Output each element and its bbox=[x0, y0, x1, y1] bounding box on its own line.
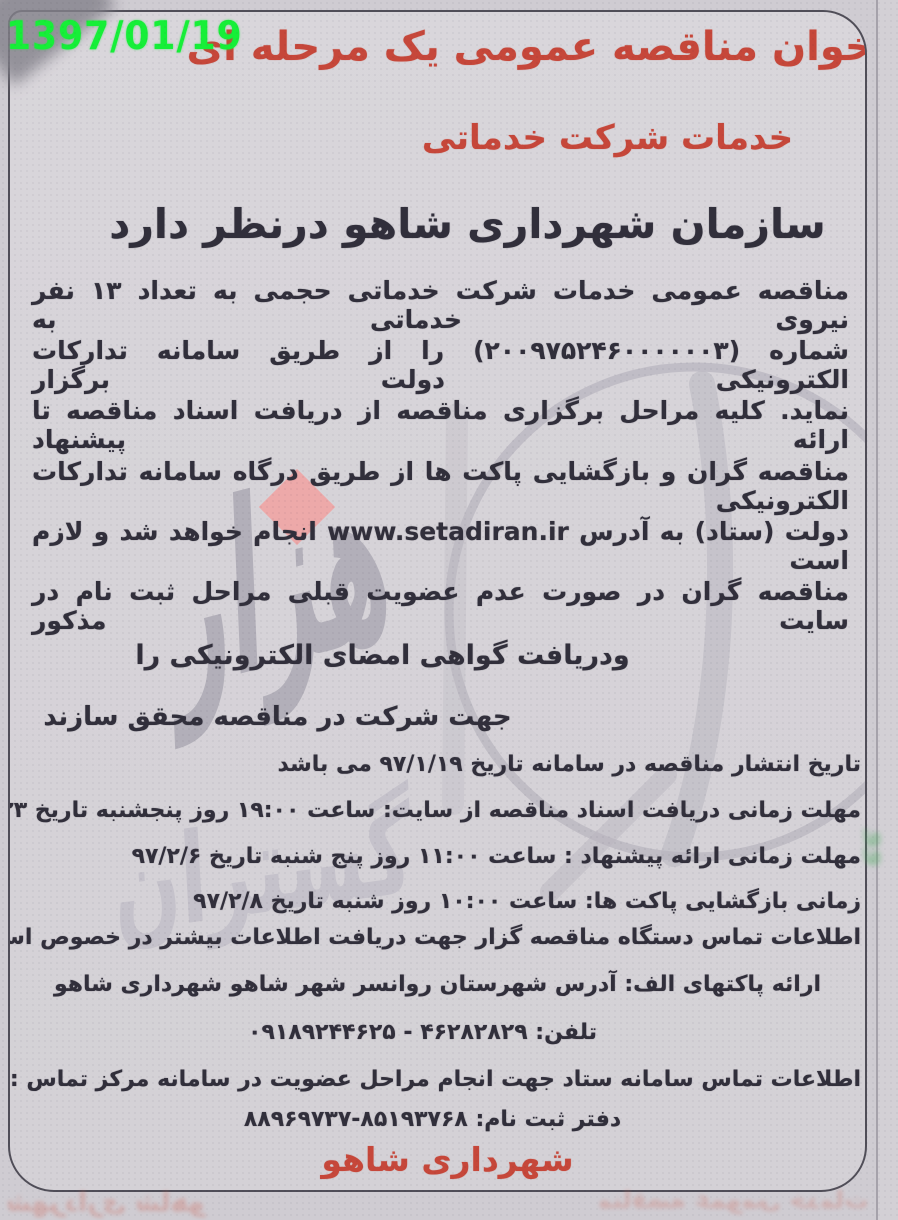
page-margin-strip bbox=[877, 0, 898, 1220]
body-line: مناقصه عمومی خدمات شرکت خدماتی حجمی به ت… bbox=[32, 277, 849, 335]
ink-bleed-right: مناقصه عمومی خدمات bbox=[598, 1186, 868, 1214]
ink-bleed-left: شهرداری شاهو bbox=[6, 1188, 205, 1218]
body-line: مناقصه گران و بازگشایی پاکت ها از طریق د… bbox=[32, 458, 849, 516]
detail-line-publish-date: تاریخ انتشار مناقصه در سامانه تاریخ ۹۷/۱… bbox=[277, 752, 861, 777]
notice-title-line2: خدمات شرکت خدماتی bbox=[422, 118, 793, 158]
body-line: مناقصه گران در صورت عدم عضویت قبلی مراحل… bbox=[32, 578, 849, 636]
notice-title-line3: سازمان شهرداری شاهو درنظر دارد bbox=[109, 200, 825, 248]
detail-line-setad-contact: اطلاعات تماس سامانه ستاد جهت انجام مراحل… bbox=[8, 1067, 861, 1092]
body-line: دولت (ستاد) به آدرس www.setadiran.ir انج… bbox=[32, 518, 849, 576]
detail-line-phone: تلفن: ۴۶۲۸۲۸۲۹ - ۰۹۱۸۹۲۴۴۶۲۵ bbox=[248, 1020, 597, 1045]
detail-line-opening-time: زمانی بازگشایی پاکت ها: ساعت ۱۰:۰۰ روز ش… bbox=[193, 889, 861, 914]
newspaper-scan: هزار گستران فراخوان مناقصه عمومی یک مرحل… bbox=[0, 0, 898, 1220]
tender-notice-box: هزار گستران فراخوان مناقصه عمومی یک مرحل… bbox=[8, 10, 867, 1192]
detail-line-docs-deadline: مهلت زمانی دریافت اسناد مناقصه از سایت: … bbox=[8, 798, 861, 823]
column-rule bbox=[876, 0, 878, 1220]
detail-line-offer-deadline: مهلت زمانی ارائه پیشنهاد : ساعت ۱۱:۰۰ رو… bbox=[132, 844, 861, 869]
notice-title-line1: فراخوان مناقصه عمومی یک مرحله ای bbox=[186, 24, 867, 70]
detail-line-contact-info: اطلاعات تماس دستگاه مناقصه گزار جهت دریا… bbox=[8, 925, 861, 950]
body-line: نماید. کلیه مراحل برگزاری مناقصه از دریا… bbox=[32, 397, 849, 455]
date-stamp: 1397/01/19 bbox=[6, 14, 243, 58]
body-line: جهت شرکت در مناقصه محقق سازند bbox=[43, 702, 511, 732]
body-line: ودریافت گواهی امضای الکترونیکی را bbox=[135, 640, 629, 671]
detail-line-registration: دفتر ثبت نام: ۸۵۱۹۳۷۶۸-۸۸۹۶۹۷۳۷ bbox=[244, 1107, 621, 1132]
notice-text: فراخوان مناقصه عمومی یک مرحله ای خدمات ش… bbox=[10, 12, 865, 1190]
body-line: شماره (۲۰۰۹۷۵۲۴۶۰۰۰۰۰۰۳) را از طریق ساما… bbox=[32, 337, 849, 395]
signature: شهرداری شاهو bbox=[321, 1140, 573, 1179]
detail-line-address: ارائه پاکتهای الف: آدرس شهرستان روانسر ش… bbox=[54, 972, 821, 997]
ink-bleed-edge: وو bbox=[863, 830, 898, 867]
